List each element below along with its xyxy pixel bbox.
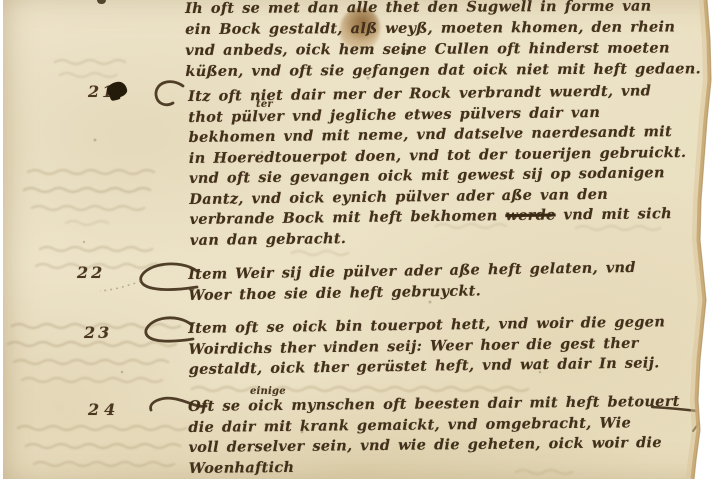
manuscript-line: ein Bock gestaldt, alß weyß, moeten khom… [185, 16, 701, 40]
interlinear-insertion: ter [256, 99, 273, 110]
margin-number-24: 24 [88, 400, 120, 419]
manuscript-line: küßen, vnd oft sie gefangen dat oick nie… [185, 58, 701, 82]
paragraph-fragment-top: Ih oft se met dan alle thet den Sugwell … [185, 0, 701, 82]
struck-word: werde [505, 207, 555, 225]
article-23-text: Item oft se oick bin touerpot hett, vnd … [188, 312, 666, 380]
margin-number-23: 23 [84, 323, 112, 342]
article-22-text: Item Weir sij die pülver ader aße heft g… [188, 258, 636, 306]
manuscript-scan: Ih oft se met dan alle thet den Sugwell … [0, 0, 720, 479]
margin-number-22: 22 [77, 263, 105, 282]
manuscript-line: vnd anbeds, oick hem seine Cullen oft hi… [185, 37, 701, 61]
interlinear-insertion: n [402, 47, 409, 58]
article-24-text: Oft se oick mynschen oft beesten dair mi… [188, 392, 680, 479]
interlinear-insertion: einige [250, 386, 286, 397]
